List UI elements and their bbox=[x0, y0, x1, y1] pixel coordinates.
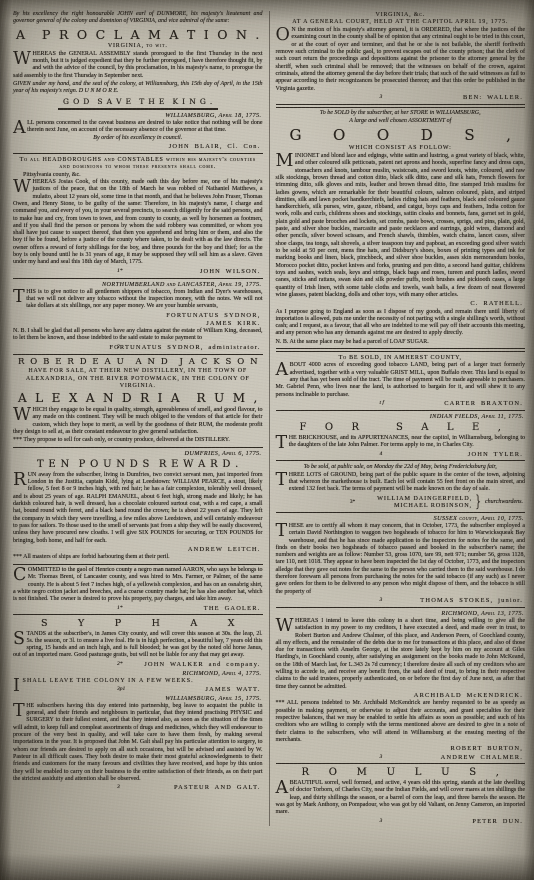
section-divider bbox=[13, 447, 263, 448]
ad-dateline: RICHMOND, April 4, 1775. bbox=[13, 670, 262, 678]
ad-paragraph: ABOUT 4000 acres of exceeding good tobac… bbox=[276, 362, 526, 399]
ad-subheading: To all HEADBOROUGHS and CONSTABLES withi… bbox=[15, 157, 261, 172]
right-column: VIRGINIA, &c.AT A GENERAL COURT, HELD AT… bbox=[269, 11, 526, 826]
ad-signature: 2*JOHN WALKER and company. bbox=[13, 661, 261, 669]
ad-signature: 3ANDREW CHALMER. bbox=[276, 754, 524, 762]
ad-paragraph: ON the motion of his majesty's attorney … bbox=[276, 27, 526, 93]
ad-subheading: To be sold, at public sale, on Monday th… bbox=[278, 464, 524, 471]
section-divider bbox=[276, 348, 526, 352]
ad-heading: ROMULUS, bbox=[276, 767, 526, 779]
ad-paragraph: THREE LOTS of GROUND, being part of the … bbox=[276, 472, 526, 494]
ad-paragraph: WHEREAS Josias Cook, of this county, mad… bbox=[13, 179, 263, 267]
ad-paragraph: THIS is to give notice to all gentlemen … bbox=[13, 289, 263, 311]
ad-dateline: RICHMOND, April 13, 1775. bbox=[276, 610, 525, 618]
ad-signature: 3BEN: WALLER. bbox=[276, 94, 524, 102]
ad-paragraph: *** ALL persons indebted to Mr. Archibal… bbox=[276, 700, 526, 744]
left-column: By his excellency the right honourable J… bbox=[13, 11, 269, 826]
ad-subheading: To be SOLD by the subscriber, at her STO… bbox=[278, 110, 524, 117]
ad-paragraph: *** They propose to sell for cash only, … bbox=[13, 437, 263, 444]
ad-section: To BE SOLD, IN AMHERST COUNTY,ABOUT 4000… bbox=[276, 355, 526, 411]
ad-signature: 4JOHN TYLER. bbox=[276, 451, 524, 459]
ad-dateline: WILLIAMSBURG, April 15, 1775. bbox=[13, 695, 262, 703]
ad-section: WILLIAMSBURG, April 18, 1775.ALL persons… bbox=[13, 112, 263, 154]
ad-section: By his excellency the right honourable J… bbox=[13, 11, 263, 110]
ad-dateline: INDIAN FIELDS, April 11, 1775. bbox=[276, 413, 525, 421]
ad-paragraph: By his excellency the right honourable J… bbox=[13, 11, 263, 26]
ad-signature-pair: 3*WILLIAM DAINGERFIELD,MICHAEL ROBINSON,… bbox=[276, 495, 524, 510]
ad-signature: 3PETER DUN. bbox=[276, 818, 524, 826]
section-divider bbox=[276, 104, 526, 108]
ad-section: NORTHUMBERLAND and LANCASTER, April 19, … bbox=[13, 281, 263, 355]
ad-section: To be SOLD by the subscriber, at her STO… bbox=[276, 110, 526, 352]
ad-heading: TEN POUNDS REWARD. bbox=[13, 459, 263, 471]
ad-signature: t fCARTER BRAXTON. bbox=[276, 400, 524, 408]
section-divider bbox=[13, 153, 263, 154]
ad-paragraph: *** All masters of ships are forbid harb… bbox=[13, 554, 263, 561]
ad-heading: ALEXANDRIA RUM, bbox=[13, 391, 263, 406]
ad-section: WILLIAMSBURG, April 15, 1775.THE subscri… bbox=[13, 695, 263, 792]
ad-section: RICHMOND, April 4, 1775.I SHALL LEAVE TH… bbox=[13, 670, 263, 694]
ad-subheading: HAVE FOR SALE, AT THEIR NEW DISTILLERY, … bbox=[15, 368, 261, 390]
ad-signature: JOHN BLAIR, Cl. Con. bbox=[13, 143, 261, 151]
ad-section: SUSSEX county, April 10, 1775.THESE are … bbox=[276, 515, 526, 608]
ad-signature: C. RATHELL. bbox=[276, 300, 524, 308]
ad-section: COMMITTED to the gaol of Henrico county … bbox=[13, 567, 263, 615]
ad-subheading: VIRGINIA, &c. bbox=[278, 12, 524, 19]
section-divider bbox=[276, 460, 526, 461]
ad-dateline: WILLIAMSBURG, April 18, 1775. bbox=[13, 112, 262, 120]
ad-paragraph: N. B. At the same place may be had a par… bbox=[276, 339, 526, 346]
ad-section: INDIAN FIELDS, April 11, 1775.FOR SALE,T… bbox=[276, 413, 526, 513]
section-divider bbox=[13, 354, 263, 355]
ad-signature: FORTUNATUS SYDNOR, bbox=[13, 312, 261, 320]
ad-signature: 3THOMAS STOKES, junior. bbox=[276, 597, 524, 605]
ad-signature: 1*JOHN WILSON. bbox=[13, 268, 261, 276]
ad-section: ROMULUS,A BEAUTIFUL sorrel, well formed,… bbox=[276, 767, 526, 826]
section-divider bbox=[276, 763, 526, 764]
ad-paragraph: THE BRICKHOUSE, and its APPURTENANCES, n… bbox=[276, 435, 526, 450]
ad-signature: ARCHIBALD McKENDRICK. bbox=[276, 692, 524, 700]
ad-heading: A PROCLAMATION. bbox=[13, 27, 263, 42]
ad-section: SYPHAXSTANDS at the subscriber's, in Jam… bbox=[13, 618, 263, 669]
ad-paragraph: WHEREAS I intend to leave this colony in… bbox=[276, 618, 526, 691]
section-divider bbox=[276, 410, 526, 411]
ad-paragraph: STANDS at the subscriber's, in James Cit… bbox=[13, 631, 263, 660]
ad-line: Pittsylvania county, &c. bbox=[13, 172, 263, 179]
newspaper-page: By his excellency the right honourable J… bbox=[0, 0, 534, 880]
ad-section: To all HEADBOROUGHS and CONSTABLES withi… bbox=[13, 157, 263, 279]
ad-subheading: VIRGINIA, to wit. bbox=[15, 43, 261, 50]
ad-heading: SYPHAX bbox=[13, 618, 263, 630]
ad-paragraph: N. B. I shall be glad that all persons w… bbox=[13, 328, 263, 343]
ad-subheading: By order of his excellency in council. bbox=[15, 135, 261, 142]
section-divider bbox=[58, 108, 218, 110]
ad-paragraph: RUN away from the subscriber, living in … bbox=[13, 472, 263, 545]
section-divider bbox=[276, 512, 526, 513]
ad-subheading: A large and well chosen ASSORTMENT of bbox=[278, 118, 524, 125]
ad-signature: JAMES KIRK. bbox=[13, 320, 261, 328]
ad-section: DUMFRIES, April 6, 1775.TEN POUNDS REWAR… bbox=[13, 450, 263, 565]
ad-paragraph: ALL persons concerned in the caveat busi… bbox=[13, 120, 263, 135]
ad-dateline: SUSSEX county, April 10, 1775. bbox=[276, 515, 525, 523]
ad-heading: ROBERDEAU AND JACKSON bbox=[13, 357, 263, 367]
section-divider bbox=[13, 614, 263, 615]
ad-section: RICHMOND, April 13, 1775.WHEREAS I inten… bbox=[276, 610, 526, 764]
ad-subheading: AT A GENERAL COURT, HELD AT THE CAPITOL … bbox=[278, 19, 524, 26]
section-divider bbox=[276, 607, 526, 608]
ad-paragraph: As I purpose going to England as soon as… bbox=[276, 309, 526, 338]
ad-heading: GOD SAVE THE KING. bbox=[13, 97, 263, 106]
ad-section: VIRGINIA, &c.AT A GENERAL COURT, HELD AT… bbox=[276, 12, 526, 108]
ad-paragraph: MINIONET and blond lace and edgings, whi… bbox=[276, 153, 526, 299]
ad-heading: FOR SALE, bbox=[276, 422, 526, 434]
ad-signature: ANDREW LEITCH. bbox=[13, 546, 261, 554]
ad-paragraph: THE subscribers having this day entered … bbox=[13, 703, 263, 783]
ad-signature: 3PASTEUR AND GALT. bbox=[13, 784, 261, 792]
ad-signature: 1*THE GAOLER. bbox=[13, 605, 261, 613]
ad-paragraph: WHICH they engage to be equal in quality… bbox=[13, 407, 263, 436]
ad-subheading: WHICH CONSIST AS FOLLOW: bbox=[278, 145, 524, 152]
ad-heading: GOODS, bbox=[276, 126, 526, 144]
ad-paragraph: I SHALL LEAVE THE COLONY IN A FEW WEEKS. bbox=[13, 678, 263, 685]
section-divider bbox=[13, 278, 263, 279]
ad-section: ROBERDEAU AND JACKSONHAVE FOR SALE, AT T… bbox=[13, 357, 263, 447]
ad-paragraph: COMMITTED to the gaol of Henrico county … bbox=[13, 567, 263, 604]
ad-signature: 2FORTUNATUS SYDNOR, administrator. bbox=[13, 344, 261, 352]
ad-paragraph: WHEREAS the GENERAL ASSEMBLY stands pror… bbox=[13, 51, 263, 80]
ad-paragraph: THESE are to certify all whom it may con… bbox=[276, 523, 526, 596]
ad-signature: ROBERT BURTON, bbox=[276, 745, 524, 753]
ad-dateline: NORTHUMBERLAND and LANCASTER, April 19, … bbox=[13, 281, 262, 289]
ad-paragraph: A BEAUTIFUL sorrel, well formed, and act… bbox=[276, 780, 526, 817]
ad-paragraph: GIVEN under my hand, and the seal of the… bbox=[13, 81, 263, 96]
ad-subheading: To BE SOLD, IN AMHERST COUNTY, bbox=[278, 355, 524, 362]
section-divider bbox=[13, 564, 263, 565]
ad-dateline: DUMFRIES, April 6, 1775. bbox=[13, 450, 262, 458]
page-columns: By his excellency the right honourable J… bbox=[0, 0, 534, 832]
ad-signature: 3p1JAMES WATT. bbox=[13, 686, 261, 694]
